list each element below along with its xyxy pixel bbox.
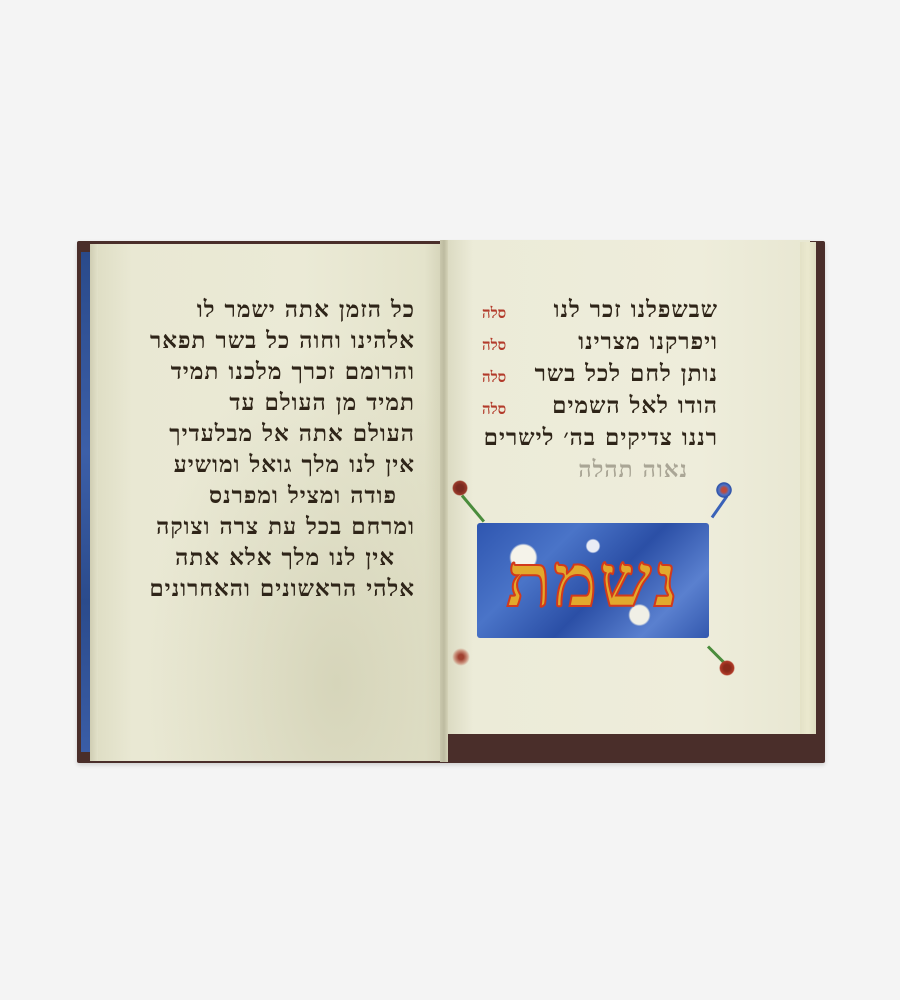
- text-line: נאוה תהלה: [578, 456, 688, 483]
- text-line: אלהי הראשונים והאחרונים: [149, 575, 415, 602]
- illuminated-word: נשמת: [477, 531, 709, 631]
- text-line: הודו לאל השמים: [552, 392, 718, 419]
- flower-ornament-icon: [716, 482, 732, 498]
- text-line: העולם אתה אל מבלעדיך: [169, 420, 415, 447]
- right-page-text: שבשפלנו זכר לנו ויפרקנו מצרינו נותן לחם …: [478, 296, 718, 516]
- right-page-edge: [800, 242, 816, 734]
- text-line: שבשפלנו זכר לנו: [554, 296, 718, 323]
- left-page-edge: [90, 244, 98, 761]
- flower-ornament-icon: [452, 648, 470, 666]
- margin-word-selah: סלה: [482, 368, 506, 387]
- left-page-text: כל הזמן אתה ישמר לו אלהינו וחוה כל בשר ת…: [180, 296, 415, 636]
- illuminated-word-panel: נשמת: [477, 523, 709, 638]
- text-line: נותן לחם לכל בשר: [535, 360, 718, 387]
- text-line: כל הזמן אתה ישמר לו: [197, 296, 415, 323]
- flower-ornament-icon: [452, 480, 468, 496]
- flower-ornament-icon: [719, 660, 735, 676]
- text-line: תמיד מן העולם עד: [229, 389, 415, 416]
- text-line: אין לנו מלך אלא אתה: [175, 544, 395, 571]
- text-line: והרומם זכרך מלכנו תמיד: [171, 358, 415, 385]
- text-line: ויפרקנו מצרינו: [578, 328, 718, 355]
- text-line: אין לנו מלך גואל ומושיע: [174, 451, 415, 478]
- margin-word-selah: סלה: [482, 400, 506, 419]
- book-spine-edge: [81, 252, 90, 752]
- book-gutter: [440, 240, 448, 762]
- margin-word-selah: סלה: [482, 336, 506, 355]
- text-line: רננו צדיקים בה׳ לישרים: [484, 424, 718, 451]
- margin-word-selah: סלה: [482, 304, 506, 323]
- text-line: אלהינו וחוה כל בשר תפאר: [150, 327, 415, 354]
- text-line: ומרחם בכל עת צרה וצוקה: [156, 513, 415, 540]
- text-line: פודה ומציל ומפרנס: [209, 482, 397, 509]
